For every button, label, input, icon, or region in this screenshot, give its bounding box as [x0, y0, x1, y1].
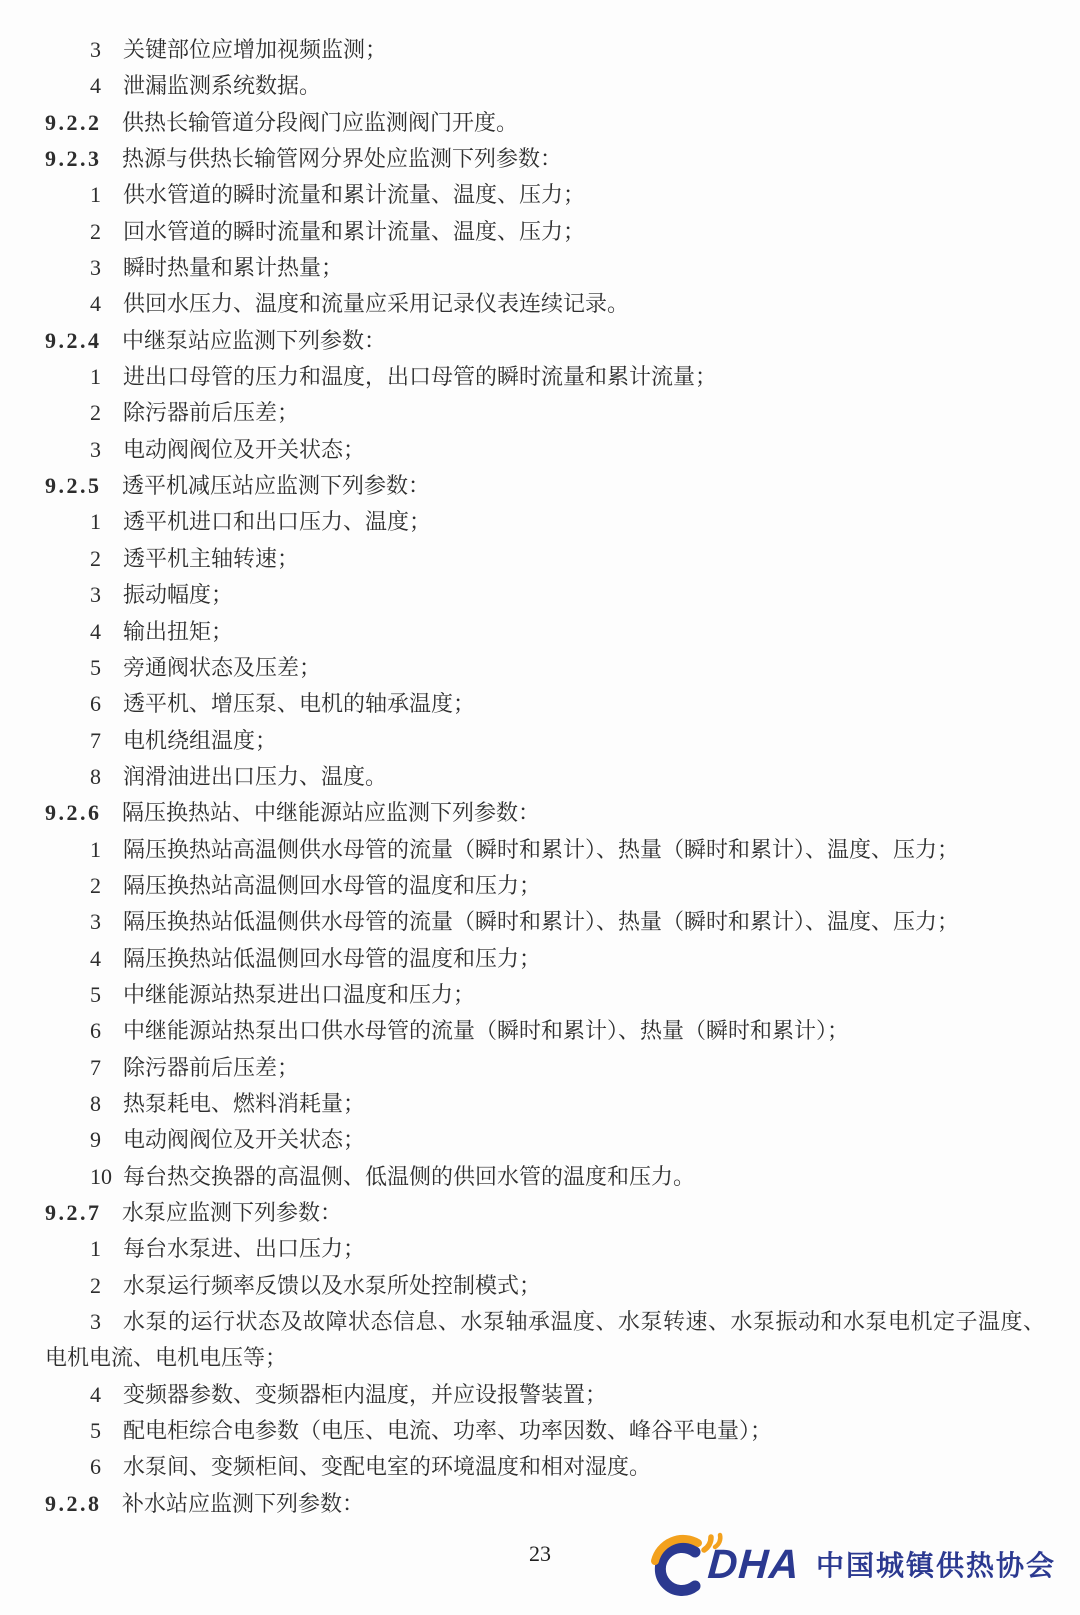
line-number: 3 [90, 32, 123, 68]
line-text: 回水管道的瞬时流量和累计流量、温度、压力； [123, 214, 585, 250]
line-number: 4 [90, 1377, 123, 1413]
item-line: 5 配电柜综合电参数（电压、电流、功率、功率因数、峰谷平电量）； [45, 1413, 1045, 1449]
line-number: 9.2.3 [45, 141, 122, 177]
association-logo: DHA 中国城镇供热协会 [646, 1528, 1056, 1600]
item-line: 4 输出扭矩； [45, 614, 1045, 650]
item-line: 4 隔压换热站低温侧回水母管的温度和压力； [45, 941, 1045, 977]
line-text: 水泵运行频率反馈以及水泵所处控制模式； [123, 1268, 541, 1304]
line-number: 9.2.7 [45, 1195, 122, 1231]
line-text: 变频器参数、变频器柜内温度，并应设报警装置； [123, 1377, 607, 1413]
item-line: 3 关键部位应增加视频监测； [45, 32, 1045, 68]
line-text: 关键部位应增加视频监测； [123, 32, 387, 68]
line-text: 除污器前后压差； [123, 395, 299, 431]
clause-line: 9.2.7 水泵应监测下列参数： [45, 1195, 1045, 1231]
item-line: 8 热泵耗电、燃料消耗量； [45, 1086, 1045, 1122]
line-number: 3 [90, 432, 123, 468]
item-line: 7 电机绕组温度； [45, 723, 1045, 759]
item-line: 6 中继能源站热泵出口供水母管的流量（瞬时和累计）、热量（瞬时和累计）； [45, 1013, 1045, 1049]
clause-line: 9.2.2 供热长输管道分段阀门应监测阀门开度。 [45, 105, 1045, 141]
logo-org-name: 中国城镇供热协会 [816, 1544, 1056, 1584]
line-number: 5 [90, 977, 123, 1013]
line-text: 热源与供热长输管网分界处应监测下列参数： [122, 141, 562, 177]
clause-line: 9.2.8 补水站应监测下列参数： [45, 1486, 1045, 1522]
line-number: 1 [90, 832, 123, 868]
item-line: 3 隔压换热站低温侧供水母管的流量（瞬时和累计）、热量（瞬时和累计）、温度、压力… [45, 904, 1045, 940]
line-text: 润滑油进出口压力、温度。 [123, 759, 387, 795]
item-line: 1 透平机进口和出口压力、温度； [45, 504, 1045, 540]
line-text: 每台水泵进、出口压力； [123, 1231, 365, 1267]
line-number: 3 [90, 250, 123, 286]
item-line: 1 供水管道的瞬时流量和累计流量、温度、压力； [45, 177, 1045, 213]
line-text: 热泵耗电、燃料消耗量； [123, 1086, 365, 1122]
logo-acronym-text: DHA [707, 1541, 802, 1588]
line-text: 透平机进口和出口压力、温度； [123, 504, 431, 540]
line-number: 9 [90, 1122, 123, 1158]
item-line: 5 旁通阀状态及压差； [45, 650, 1045, 686]
line-number: 6 [90, 1449, 123, 1485]
line-number: 2 [90, 868, 123, 904]
item-line: 6 水泵间、变频柜间、变配电室的环境温度和相对湿度。 [45, 1449, 1045, 1485]
line-number: 3 [90, 1304, 123, 1340]
clause-line: 9.2.3 热源与供热长输管网分界处应监测下列参数： [45, 141, 1045, 177]
line-number: 4 [90, 68, 123, 104]
line-text: 中继泵站应监测下列参数： [122, 323, 386, 359]
item-line: 3 瞬时热量和累计热量； [45, 250, 1045, 286]
item-line: 4 变频器参数、变频器柜内温度，并应设报警装置； [45, 1377, 1045, 1413]
line-text: 水泵间、变频柜间、变配电室的环境温度和相对湿度。 [123, 1449, 651, 1485]
clause-line: 9.2.4 中继泵站应监测下列参数： [45, 323, 1045, 359]
item-line: 1 每台水泵进、出口压力； [45, 1231, 1045, 1267]
line-number: 2 [90, 1268, 123, 1304]
line-text: 进出口母管的压力和温度，出口母管的瞬时流量和累计流量； [123, 359, 717, 395]
line-text: 输出扭矩； [123, 614, 233, 650]
item-line: 3 振动幅度； [45, 577, 1045, 613]
line-number: 4 [90, 286, 123, 322]
line-text: 水泵的运行状态及故障状态信息、水泵轴承温度、水泵转速、水泵振动和水泵电机定子温度… [123, 1304, 1045, 1340]
line-number: 2 [90, 541, 123, 577]
line-text: 配电柜综合电参数（电压、电流、功率、功率因数、峰谷平电量）； [123, 1413, 772, 1449]
clause-line: 9.2.6 隔压换热站、中继能源站应监测下列参数： [45, 795, 1045, 831]
line-number: 1 [90, 359, 123, 395]
line-text: 透平机主轴转速； [123, 541, 299, 577]
clause-line: 9.2.5 透平机减压站应监测下列参数： [45, 468, 1045, 504]
line-text: 瞬时热量和累计热量； [123, 250, 343, 286]
line-number: 7 [90, 723, 123, 759]
item-line: 2 除污器前后压差； [45, 395, 1045, 431]
line-text: 隔压换热站低温侧供水母管的流量（瞬时和累计）、热量（瞬时和累计）、温度、压力； [123, 904, 959, 940]
item-line: 9 电动阀阀位及开关状态； [45, 1122, 1045, 1158]
line-text: 每台热交换器的高温侧、低温侧的供回水管的温度和压力。 [123, 1159, 695, 1195]
line-text: 隔压换热站、中继能源站应监测下列参数： [122, 795, 540, 831]
item-line: 2 回水管道的瞬时流量和累计流量、温度、压力； [45, 214, 1045, 250]
item-line: 4 泄漏监测系统数据。 [45, 68, 1045, 104]
continuation-line: 电机电流、电机电压等； [45, 1340, 1045, 1376]
line-text: 泄漏监测系统数据。 [123, 68, 321, 104]
line-text: 隔压换热站高温侧回水母管的温度和压力； [123, 868, 541, 904]
line-number: 10 [90, 1159, 123, 1195]
line-number: 6 [90, 686, 123, 722]
line-number: 1 [90, 504, 123, 540]
line-text: 补水站应监测下列参数： [122, 1486, 364, 1522]
line-number: 9.2.2 [45, 105, 122, 141]
item-line: 2 透平机主轴转速； [45, 541, 1045, 577]
item-line: 1 进出口母管的压力和温度，出口母管的瞬时流量和累计流量； [45, 359, 1045, 395]
line-number: 9.2.8 [45, 1486, 122, 1522]
line-text: 中继能源站热泵进出口温度和压力； [123, 977, 475, 1013]
line-number: 5 [90, 1413, 123, 1449]
item-line: 2 水泵运行频率反馈以及水泵所处控制模式； [45, 1268, 1045, 1304]
document-page: 3 关键部位应增加视频监测； 4 泄漏监测系统数据。 9.2.2 供热长输管道分… [0, 0, 1080, 1615]
line-text: 供回水压力、温度和流量应采用记录仪表连续记录。 [123, 286, 629, 322]
line-text: 电机绕组温度； [123, 723, 277, 759]
item-line: 7 除污器前后压差； [45, 1050, 1045, 1086]
line-text: 供水管道的瞬时流量和累计流量、温度、压力； [123, 177, 585, 213]
item-line: 5 中继能源站热泵进出口温度和压力； [45, 977, 1045, 1013]
line-number: 5 [90, 650, 123, 686]
line-number: 2 [90, 214, 123, 250]
item-line: 10 每台热交换器的高温侧、低温侧的供回水管的温度和压力。 [45, 1159, 1045, 1195]
line-text: 隔压换热站低温侧回水母管的温度和压力； [123, 941, 541, 977]
line-number: 9.2.5 [45, 468, 122, 504]
item-line: 3 水泵的运行状态及故障状态信息、水泵轴承温度、水泵转速、水泵振动和水泵电机定子… [45, 1304, 1045, 1340]
line-text: 旁通阀状态及压差； [123, 650, 321, 686]
item-line: 6 透平机、增压泵、电机的轴承温度； [45, 686, 1045, 722]
line-text: 供热长输管道分段阀门应监测阀门开度。 [122, 105, 518, 141]
line-text: 水泵应监测下列参数： [122, 1195, 342, 1231]
item-line: 1 隔压换热站高温侧供水母管的流量（瞬时和累计）、热量（瞬时和累计）、温度、压力… [45, 832, 1045, 868]
line-text: 振动幅度； [123, 577, 233, 613]
line-number: 8 [90, 759, 123, 795]
line-text: 透平机、增压泵、电机的轴承温度； [123, 686, 475, 722]
line-number: 1 [90, 177, 123, 213]
line-text: 电动阀阀位及开关状态； [123, 1122, 365, 1158]
clause-list: 3 关键部位应增加视频监测； 4 泄漏监测系统数据。 9.2.2 供热长输管道分… [45, 32, 1045, 1522]
line-number: 3 [90, 904, 123, 940]
line-number: 9.2.6 [45, 795, 122, 831]
line-number: 9.2.4 [45, 323, 122, 359]
line-number: 8 [90, 1086, 123, 1122]
line-number: 6 [90, 1013, 123, 1049]
line-text: 中继能源站热泵出口供水母管的流量（瞬时和累计）、热量（瞬时和累计）； [123, 1013, 849, 1049]
line-text: 透平机减压站应监测下列参数： [122, 468, 430, 504]
item-line: 4 供回水压力、温度和流量应采用记录仪表连续记录。 [45, 286, 1045, 322]
line-number: 4 [90, 614, 123, 650]
line-number: 7 [90, 1050, 123, 1086]
line-text: 隔压换热站高温侧供水母管的流量（瞬时和累计）、热量（瞬时和累计）、温度、压力； [123, 832, 959, 868]
item-line: 3 电动阀阀位及开关状态； [45, 432, 1045, 468]
line-number: 3 [90, 577, 123, 613]
line-text: 电机电流、电机电压等； [45, 1340, 287, 1376]
line-text: 除污器前后压差； [123, 1050, 299, 1086]
line-number: 4 [90, 941, 123, 977]
item-line: 8 润滑油进出口压力、温度。 [45, 759, 1045, 795]
line-text: 电动阀阀位及开关状态； [123, 432, 365, 468]
line-number: 2 [90, 395, 123, 431]
line-number: 1 [90, 1231, 123, 1267]
item-line: 2 隔压换热站高温侧回水母管的温度和压力； [45, 868, 1045, 904]
